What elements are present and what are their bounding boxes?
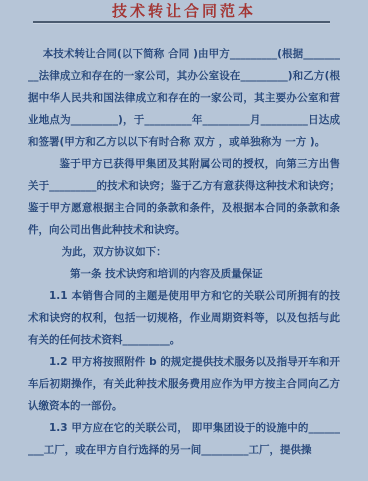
paragraph-clause-1-3: 1.3 甲方应在它的关联公司， 即甲集团设于的设施中的_________工厂，或…: [28, 417, 340, 461]
paragraph-clause-1-1: 1.1 本销售合同的主题是使用甲方和它的关联公司所拥有的技术和诀窍的权利，包括一…: [28, 285, 340, 351]
paragraph-intro: 本技术转让合同(以下简称 合同 )由甲方_________(根据________…: [28, 43, 340, 153]
document-title: 技术转让合同范本: [0, 0, 368, 20]
contract-document-page: 技术转让合同范本 本技术转让合同(以下简称 合同 )由甲方_________(根…: [0, 0, 368, 481]
document-body: 本技术转让合同(以下简称 合同 )由甲方_________(根据________…: [28, 43, 340, 461]
paragraph-whereas: 鉴于甲方已获得甲集团及其附属公司的授权，向第三方出售关于_________的技术…: [28, 153, 340, 241]
heading-article-1: 第一条 技术诀窍和培训的内容及质量保证: [28, 263, 340, 285]
paragraph-clause-1-2: 1.2 甲方将按照附件 b 的规定提供技术服务以及指导开车和开车后初期操作，有关…: [28, 351, 340, 417]
title-underline: [33, 21, 330, 23]
paragraph-therefore: 为此，双方协议如下：: [28, 241, 340, 263]
